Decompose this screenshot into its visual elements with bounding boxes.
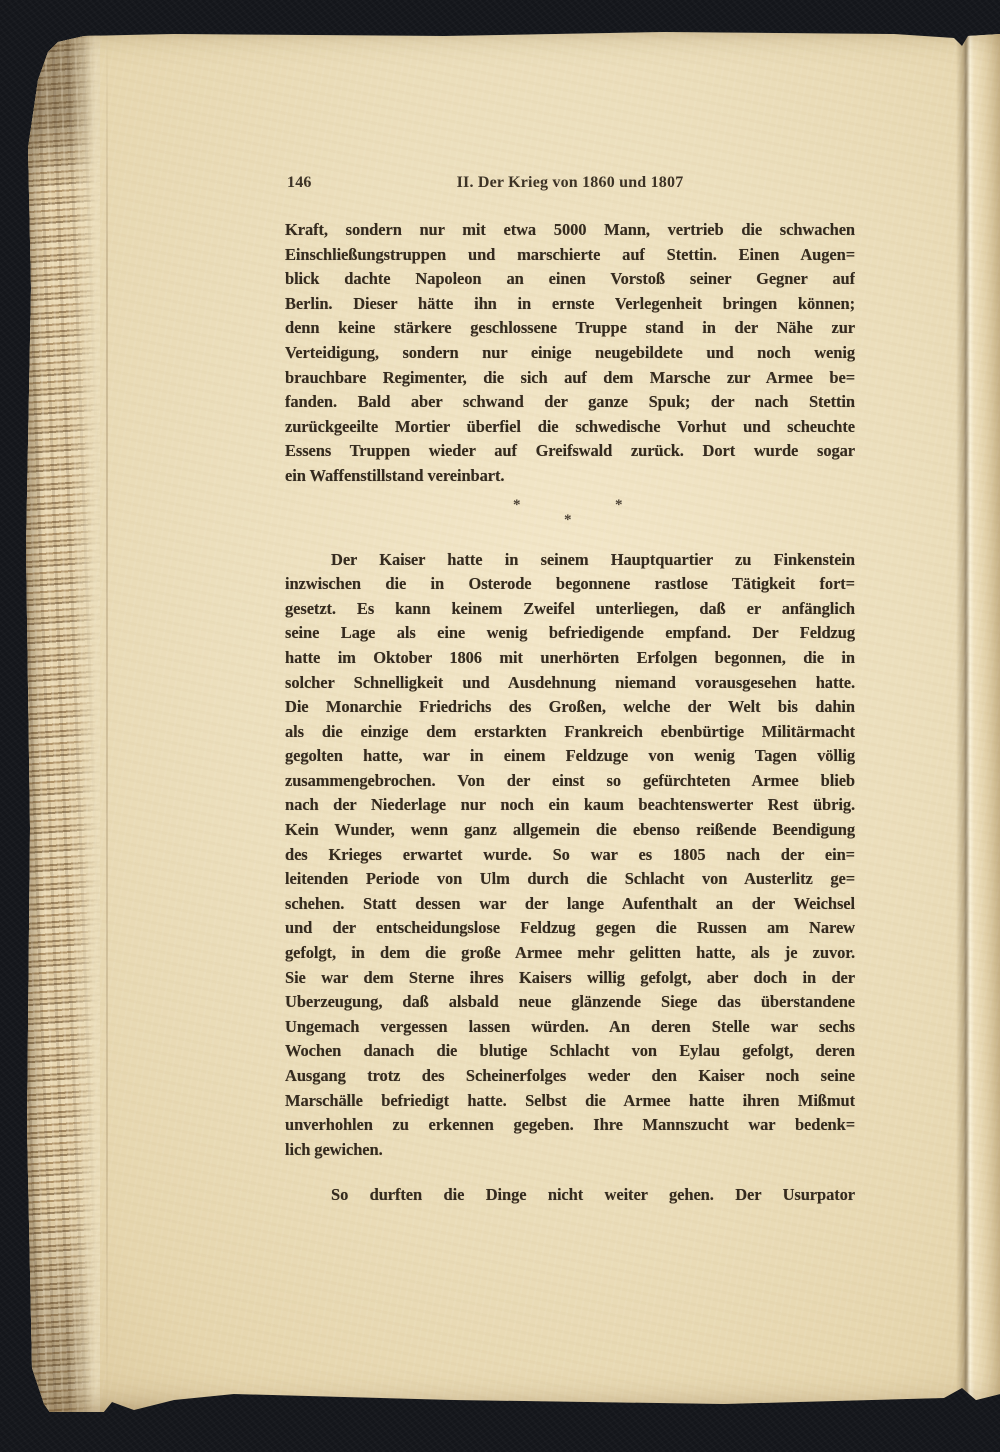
text-line: So durften die Dinge nicht weiter gehen.…	[285, 1183, 855, 1208]
text-line: als die einzige dem erstarkten Frankreic…	[285, 720, 855, 745]
page-header: 146 II. Der Krieg von 1860 und 1807	[285, 174, 855, 200]
text-line: inzwischen die in Osterode begonnene ras…	[285, 572, 855, 597]
asterisk-icon: *	[615, 497, 623, 514]
text-line: unverhohlen zu erkennen gegeben. Ihre Ma…	[285, 1113, 855, 1138]
paragraph-2: Der Kaiser hatte in seinem Hauptquartier…	[285, 548, 855, 1163]
text-line: fanden. Bald aber schwand der ganze Spuk…	[285, 390, 855, 415]
text-line: Ungemach vergessen lassen würden. An der…	[285, 1015, 855, 1040]
text-line: zurückgeeilte Mortier überfiel die schwe…	[285, 415, 855, 440]
text-line: Marschälle befriedigt hatte. Selbst die …	[285, 1089, 855, 1114]
text-line: hatte im Oktober 1806 mit unerhörten Erf…	[285, 646, 855, 671]
text-line: lich gewichen.	[285, 1138, 855, 1163]
text-line: Der Kaiser hatte in seinem Hauptquartier…	[285, 548, 855, 573]
text-line: zusammengebrochen. Von der einst so gefü…	[285, 769, 855, 794]
gutter-crease	[956, 28, 974, 1412]
scan-background: 146 II. Der Krieg von 1860 und 1807 Kraf…	[0, 0, 1000, 1452]
text-block: 146 II. Der Krieg von 1860 und 1807 Kraf…	[285, 174, 855, 1208]
paragraph-1: Kraft, sondern nur mit etwa 5000 Mann, v…	[285, 218, 855, 489]
text-line: solcher Schnelligkeit und Ausdehnung nie…	[285, 671, 855, 696]
text-line: seine Lage als eine wenig befriedigende …	[285, 621, 855, 646]
text-line: gefolgt, in dem die große Armee mehr gel…	[285, 941, 855, 966]
text-line: blick dachte Napoleon an einen Vorstoß s…	[285, 267, 855, 292]
page-deckle-edge	[24, 28, 100, 1412]
text-line: und der entscheidungslose Feldzug gegen …	[285, 916, 855, 941]
section-divider: * * *	[285, 495, 855, 545]
text-line: Kraft, sondern nur mit etwa 5000 Mann, v…	[285, 218, 855, 243]
asterisk-icon: *	[513, 497, 521, 514]
text-line: gegolten hatte, war in einem Feldzuge vo…	[285, 744, 855, 769]
text-line: ein Waffenstillstand vereinbart.	[285, 464, 855, 489]
text-line: Uberzeugung, daß alsbald neue glänzende …	[285, 990, 855, 1015]
text-line: Die Monarchie Friedrichs des Großen, wel…	[285, 695, 855, 720]
text-line: nach der Niederlage nur noch ein kaum be…	[285, 793, 855, 818]
paragraph-3: So durften die Dinge nicht weiter gehen.…	[285, 1183, 855, 1208]
text-line: leitenden Periode von Ulm durch die Schl…	[285, 867, 855, 892]
book-page: 146 II. Der Krieg von 1860 und 1807 Kraf…	[24, 28, 1000, 1412]
text-line: Ausgang trotz des Scheinerfolges weder d…	[285, 1064, 855, 1089]
text-line: Einschließungstruppen und marschierte au…	[285, 243, 855, 268]
text-line: Essens Truppen wieder auf Greifswald zur…	[285, 439, 855, 464]
text-line: Berlin. Dieser hätte ihn in ernste Verle…	[285, 292, 855, 317]
text-line: Wochen danach die blutige Schlacht von E…	[285, 1039, 855, 1064]
text-line: brauchbare Regimenter, die sich auf dem …	[285, 366, 855, 391]
running-title: II. Der Krieg von 1860 und 1807	[285, 174, 855, 192]
deckle-inner-line	[106, 28, 108, 1412]
text-line: Kein Wunder, wenn ganz allgemein die ebe…	[285, 818, 855, 843]
text-line: gesetzt. Es kann keinem Zweifel unterlie…	[285, 597, 855, 622]
text-line: schehen. Statt dessen war der lange Aufe…	[285, 892, 855, 917]
text-line: Sie war dem Sterne ihres Kaisers willig …	[285, 966, 855, 991]
text-line: des Krieges erwartet wurde. So war es 18…	[285, 843, 855, 868]
text-line: Verteidigung, sondern nur einige neugebi…	[285, 341, 855, 366]
page-number: 146	[287, 174, 312, 192]
text-line: denn keine stärkere geschlossene Truppe …	[285, 316, 855, 341]
asterisk-icon: *	[564, 512, 572, 529]
